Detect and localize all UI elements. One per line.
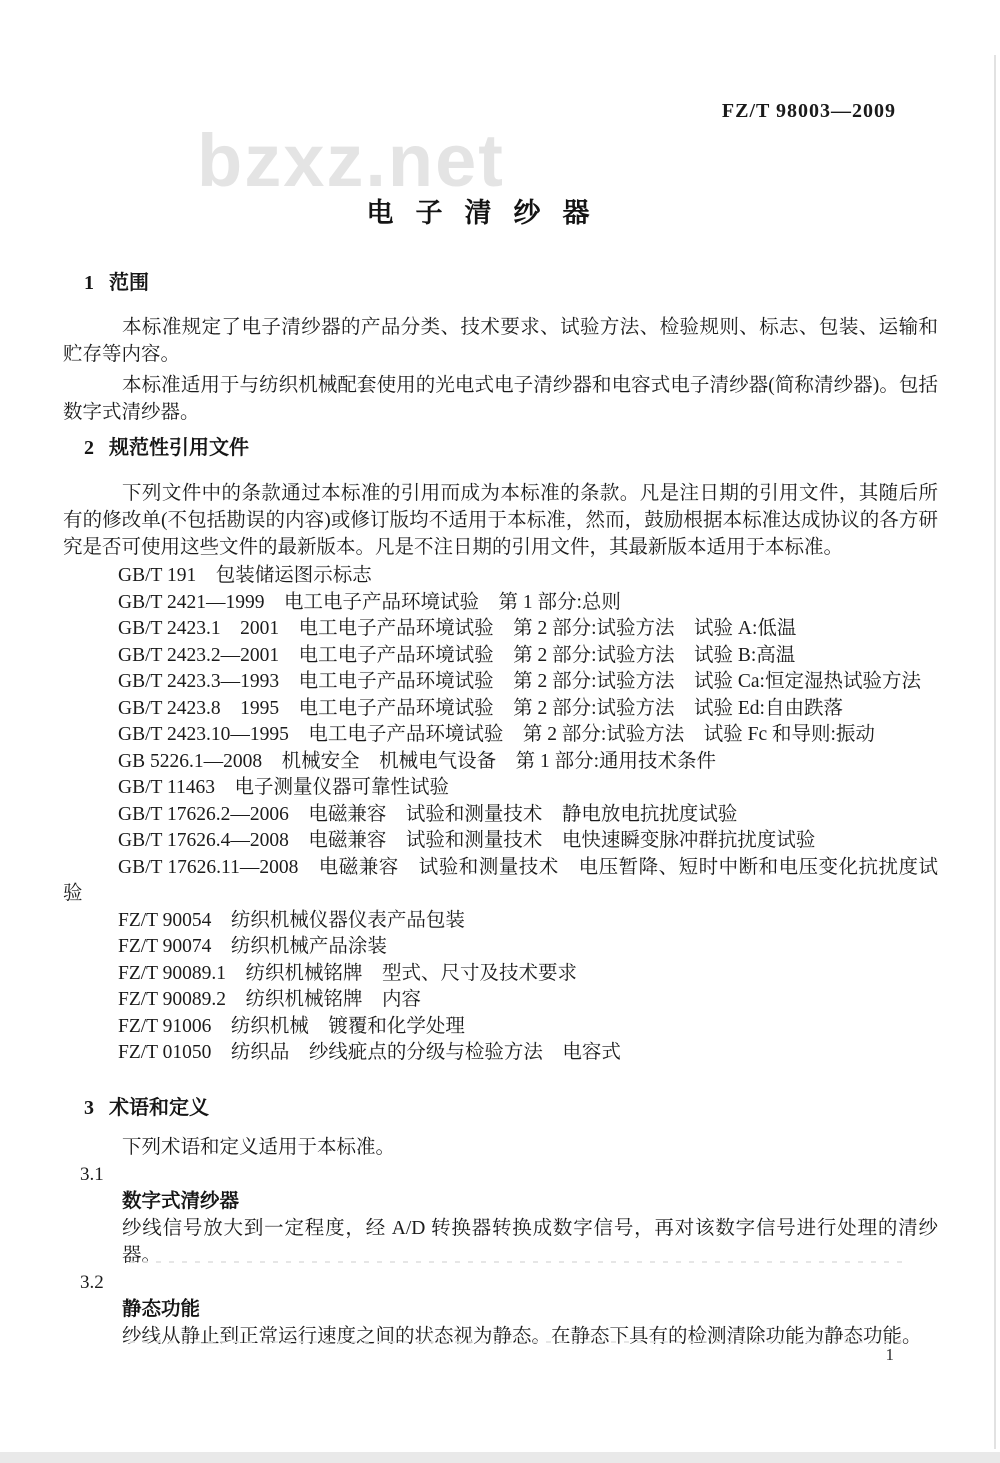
document-page: FZ/T 98003—2009 bzxz.net 电子清纱器 1范围 本标准规定…	[0, 0, 1000, 1463]
page-edge-right	[994, 55, 996, 1449]
term-name: 静态功能	[63, 1296, 938, 1323]
reference-item: FZ/T 90054 纺织机械仪器仪表产品包装	[63, 908, 938, 935]
scan-artifact	[130, 1261, 905, 1263]
references-intro: 下列文件中的条款通过本标准的引用而成为本标准的条款。凡是注日期的引用文件，其随后…	[63, 480, 938, 561]
scope-paragraph-1: 本标准规定了电子清纱器的产品分类、技术要求、试验方法、检验规则、标志、包装、运输…	[63, 314, 938, 368]
reference-item: FZ/T 01050 纺织品 纱线疵点的分级与检验方法 电容式	[63, 1040, 938, 1067]
section-1-heading: 1范围	[63, 270, 938, 297]
section-2-number: 2	[84, 437, 94, 459]
term-definition: 纱线从静止到正常运行速度之间的状态视为静态。在静态下具有的检测清除功能为静态功能…	[63, 1323, 938, 1350]
section-3-heading: 3术语和定义	[63, 1095, 938, 1122]
section-3-title: 术语和定义	[109, 1097, 209, 1119]
section-2-heading: 2规范性引用文件	[63, 435, 938, 462]
section-1-title: 范围	[109, 272, 149, 294]
reference-item: GB/T 2423.1 2001 电工电子产品环境试验 第 2 部分:试验方法 …	[63, 616, 938, 643]
clause-number: 3.1	[63, 1161, 938, 1188]
reference-item: GB/T 2423.3—1993 电工电子产品环境试验 第 2 部分:试验方法 …	[63, 669, 938, 696]
clause-number: 3.2	[63, 1269, 938, 1296]
section-3-number: 3	[84, 1097, 94, 1119]
term-block: 3.1 数字式清纱器 纱线信号放大到一定程度，经 A/D 转换器转换成数字信号，…	[63, 1161, 938, 1269]
page-number: 1	[886, 1345, 895, 1365]
reference-item: FZ/T 90074 纺织机械产品涂装	[63, 934, 938, 961]
reference-item: GB/T 2423.8 1995 电工电子产品环境试验 第 2 部分:试验方法 …	[63, 696, 938, 723]
page-edge-bottom	[0, 1452, 1000, 1463]
scope-paragraph-2: 本标准适用于与纺织机械配套使用的光电式电子清纱器和电容式电子清纱器(简称清纱器)…	[63, 372, 938, 426]
term-block: 3.2 静态功能 纱线从静止到正常运行速度之间的状态视为静态。在静态下具有的检测…	[63, 1269, 938, 1350]
reference-item: GB/T 2423.10—1995 电工电子产品环境试验 第 2 部分:试验方法…	[63, 722, 938, 749]
section-1-number: 1	[84, 272, 94, 294]
scan-artifact	[130, 1341, 905, 1343]
reference-item: GB/T 2421—1999 电工电子产品环境试验 第 1 部分:总则	[63, 590, 938, 617]
reference-item: GB 5226.1—2008 机械安全 机械电气设备 第 1 部分:通用技术条件	[63, 749, 938, 776]
term-name: 数字式清纱器	[63, 1188, 938, 1215]
reference-item: GB/T 11463 电子测量仪器可靠性试验	[63, 775, 938, 802]
section-2-title: 规范性引用文件	[109, 437, 249, 459]
reference-item: FZ/T 90089.1 纺织机械铭牌 型式、尺寸及技术要求	[63, 961, 938, 988]
reference-item: FZ/T 91006 纺织机械 镀覆和化学处理	[63, 1014, 938, 1041]
reference-item: GB/T 17626.2—2006 电磁兼容 试验和测量技术 静电放电抗扰度试验	[63, 802, 938, 829]
reference-item: GB/T 2423.2—2001 电工电子产品环境试验 第 2 部分:试验方法 …	[63, 643, 938, 670]
document-body: 1范围 本标准规定了电子清纱器的产品分类、技术要求、试验方法、检验规则、标志、包…	[63, 0, 938, 1350]
terms-intro: 下列术语和定义适用于本标准。	[63, 1134, 938, 1161]
reference-item: GB/T 191 包装储运图示标志	[63, 563, 938, 590]
reference-item: FZ/T 90089.2 纺织机械铭牌 内容	[63, 987, 938, 1014]
reference-item: GB/T 17626.4—2008 电磁兼容 试验和测量技术 电快速瞬变脉冲群抗…	[63, 828, 938, 855]
reference-item: GB/T 17626.11—2008 电磁兼容 试验和测量技术 电压暂降、短时中…	[63, 855, 938, 908]
reference-list: GB/T 191 包装储运图示标志 GB/T 2421—1999 电工电子产品环…	[63, 563, 938, 1067]
